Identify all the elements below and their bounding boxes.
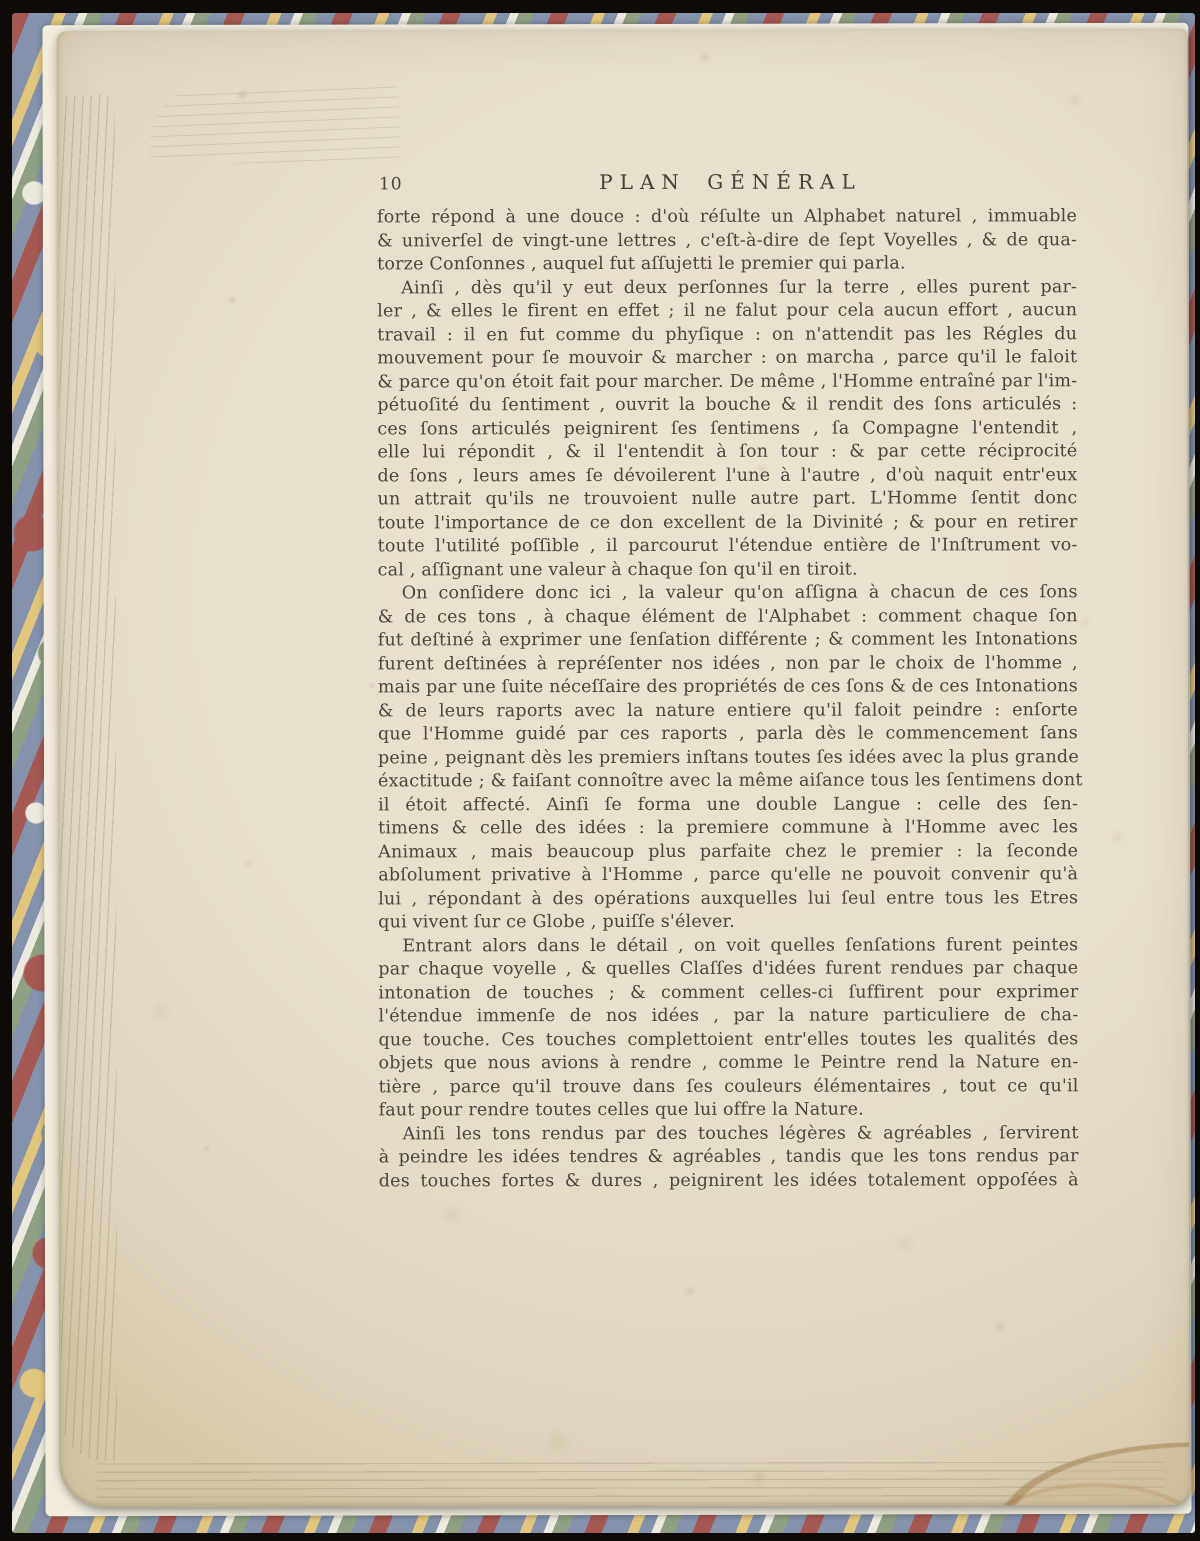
water-stain (863, 1359, 1189, 1507)
foxing-spots (57, 31, 59, 33)
scanned-book-spread: 10 PLAN GÉNÉRAL forte répond à une douce… (0, 0, 1200, 1541)
text-line: & de leurs raports avec la nature entier… (378, 699, 1078, 724)
text-line: Ainſi les tons rendus par des touches lé… (379, 1122, 1079, 1147)
text-line: de ſons , leurs ames ſe dévoilerent l'un… (377, 464, 1077, 489)
text-line: timens & celle des idées : la premiere c… (378, 816, 1078, 841)
paragraph: On conſidere donc ici , la valeur qu'on … (378, 581, 1079, 935)
running-header-row: 10 PLAN GÉNÉRAL (377, 169, 1077, 200)
text-line: fut deſtiné à exprimer une ſenſation dif… (378, 628, 1078, 653)
text-line: toute l'importance de ce don excellent d… (378, 511, 1078, 536)
text-line: Ainſi , dès qu'il y eut deux perſonnes ſ… (377, 276, 1077, 301)
text-line: furent deſtinées à repréſenter nos idées… (378, 652, 1078, 677)
text-line: que touche. Ces touches complettoient en… (378, 1028, 1078, 1053)
book-page: 10 PLAN GÉNÉRAL forte répond à une douce… (57, 29, 1190, 1507)
paragraph: Ainſi les tons rendus par des touches lé… (379, 1122, 1079, 1194)
text-line: faut pour rendre toutes celles que lui o… (379, 1098, 1079, 1123)
text-line: l'étendue immenſe de nos idées , par la … (378, 1004, 1078, 1029)
text-line: mais par une ſuite néceſſaire des propri… (378, 675, 1078, 700)
page-number: 10 (379, 174, 403, 194)
text-line: elle lui répondit , & il l'entendit à ſo… (377, 440, 1077, 465)
text-block: forte répond à une douce : d'où réſulte … (377, 205, 1079, 1193)
text-line: des touches fortes & dures , peignirent … (379, 1169, 1079, 1194)
text-line: lui , répondant à des opérations auxquel… (378, 887, 1078, 912)
text-line: ler , & elles le firent en effet ; il ne… (377, 299, 1077, 324)
paragraph: Entrant alors dans le détail , on voit q… (378, 934, 1078, 1123)
text-line: torze Conſonnes , auquel fut aſſujetti l… (377, 252, 1077, 277)
text-line: que l'Homme guidé par ces raports , parl… (378, 722, 1078, 747)
text-line: tière , parce qu'il trouve dans ſes coul… (379, 1075, 1079, 1100)
text-line: pétuoſité du ſentiment , ouvrit la bouch… (377, 393, 1077, 418)
page-stack-edge-lines-left (59, 95, 117, 1461)
text-line: un attrait qu'ils ne trouvoient nulle au… (378, 487, 1078, 512)
running-header: PLAN GÉNÉRAL (377, 169, 1077, 194)
text-line: forte répond à une douce : d'où réſulte … (377, 205, 1077, 230)
paragraph: forte répond à une douce : d'où réſulte … (377, 205, 1077, 277)
text-line: travail : il en fut comme du phyſique : … (377, 323, 1077, 348)
text-line: Animaux , mais beaucoup plus parfaite ch… (378, 840, 1078, 865)
text-line: qui vivent ſur ce Globe , puiſſe s'éleve… (378, 910, 1078, 935)
text-line: & univerſel de vingt-une lettres , c'eſt… (377, 229, 1077, 254)
text-line: ces ſons articulés peignirent ſes ſentim… (377, 417, 1077, 442)
text-line: à peindre les idées tendres & agréables … (379, 1145, 1079, 1170)
text-line: Entrant alors dans le détail , on voit q… (378, 934, 1078, 959)
text-line: mouvement pour ſe mouvoir & marcher : on… (377, 346, 1077, 371)
paragraph: Ainſi , dès qu'il y eut deux perſonnes ſ… (377, 276, 1078, 583)
text-line: objets que nous avions à rendre , comme … (378, 1051, 1078, 1076)
text-line: toute l'utilité poſſible , il parcourut … (378, 534, 1078, 559)
text-line: On conſidere donc ici , la valeur qu'on … (378, 581, 1078, 606)
text-line: il étoit affecté. Ainſi ſe forma une dou… (378, 793, 1078, 818)
text-line: abſolument privative à l'Homme , parce q… (378, 863, 1078, 888)
text-line: & parce qu'on étoit fait pour marcher. D… (377, 370, 1077, 395)
text-line: intonation de touches ; & comment celles… (378, 981, 1078, 1006)
text-line: par chaque voyelle , & quelles Claſſes d… (378, 957, 1078, 982)
text-line: & de ces tons , à chaque élément de l'Al… (378, 605, 1078, 630)
text-line: cal , aſſignant une valeur à chaque ſon … (378, 558, 1078, 583)
text-line: peine , peignant dès les premiers inſtan… (378, 746, 1078, 771)
page-corner-edge-lines (148, 82, 400, 166)
text-line: éxactitude ; & faiſant connoître avec la… (378, 769, 1078, 794)
